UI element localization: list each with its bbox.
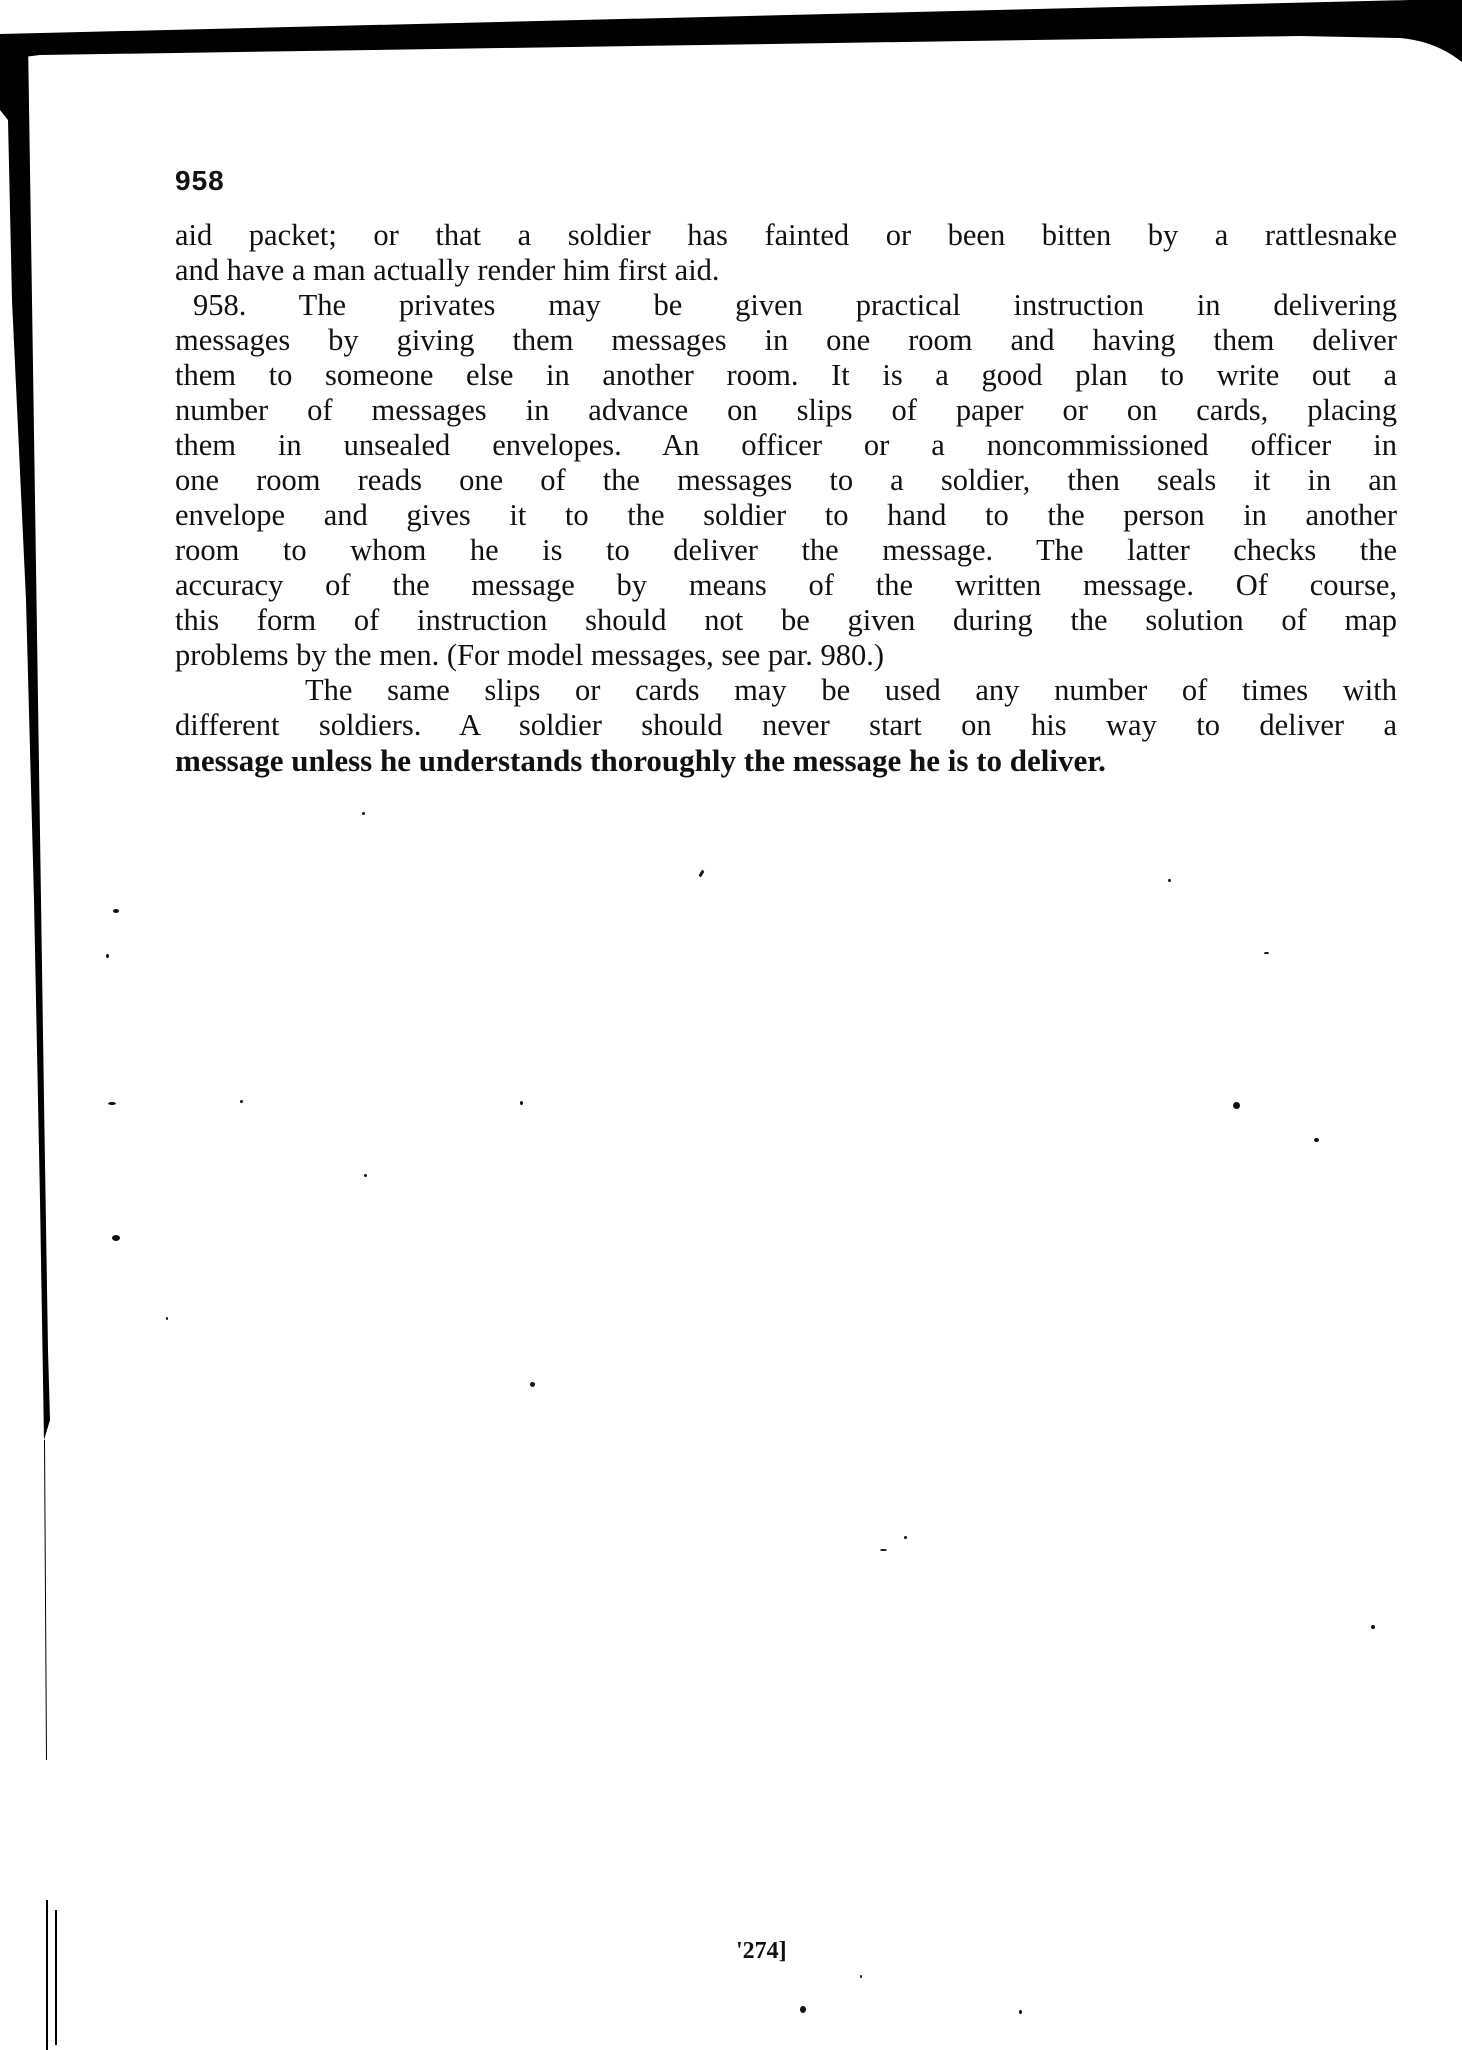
text-line: number of messages in advance on slips o…	[175, 393, 1397, 428]
scan-border-top	[0, 0, 1462, 70]
paragraph-958-line: 958. The privates may be given practical…	[175, 288, 1397, 323]
scan-speck	[108, 1102, 116, 1105]
text-line: accuracy of the message by means of the …	[175, 568, 1397, 603]
scan-border-left	[0, 0, 80, 2050]
scan-speck	[106, 954, 109, 958]
scan-speck	[240, 1100, 243, 1103]
scan-speck	[362, 812, 365, 815]
scan-speck	[166, 1317, 168, 1320]
scan-speck	[1371, 1625, 1375, 1629]
scan-speck	[1233, 1102, 1240, 1109]
scanned-page: 958 aid packet; or that a soldier has fa…	[0, 0, 1462, 2050]
scan-speck	[364, 1174, 367, 1177]
body-text: aid packet; or that a soldier has fainte…	[175, 218, 1397, 778]
scan-speck	[1019, 2010, 1022, 2014]
scan-speck	[1314, 1138, 1319, 1142]
text-line: The same slips or cards may be used any …	[175, 673, 1397, 708]
scan-speck	[800, 2006, 806, 2013]
footer-page-reference: '274]	[736, 1938, 787, 1965]
scan-speck	[112, 1235, 120, 1241]
text-line: message unless he understands thoroughly…	[175, 743, 1397, 778]
text-line: envelope and gives it to the soldier to …	[175, 498, 1397, 533]
text-line: problems by the men. (For model messages…	[175, 638, 1397, 673]
text-line: one room reads one of the messages to a …	[175, 463, 1397, 498]
scan-speck	[113, 909, 119, 913]
scan-speck	[1168, 879, 1171, 882]
scan-speck	[530, 1382, 535, 1387]
scan-speck	[1264, 952, 1269, 954]
text-line: different soldiers. A soldier should nev…	[175, 708, 1397, 743]
scan-speck	[698, 870, 704, 878]
scan-speck	[860, 1975, 862, 1978]
text-line: them in unsealed envelopes. An officer o…	[175, 428, 1397, 463]
text-line: them to someone else in another room. It…	[175, 358, 1397, 393]
text-line: this form of instruction should not be g…	[175, 603, 1397, 638]
text-line: messages by giving them messages in one …	[175, 323, 1397, 358]
text-line: room to whom he is to deliver the messag…	[175, 533, 1397, 568]
text-line: and have a man actually render him first…	[175, 253, 1397, 288]
scan-speck	[520, 1101, 523, 1105]
page-number: 958	[175, 165, 225, 197]
scan-speck	[904, 1536, 907, 1539]
text-line: aid packet; or that a soldier has fainte…	[175, 218, 1397, 253]
scan-speck	[880, 1549, 887, 1551]
